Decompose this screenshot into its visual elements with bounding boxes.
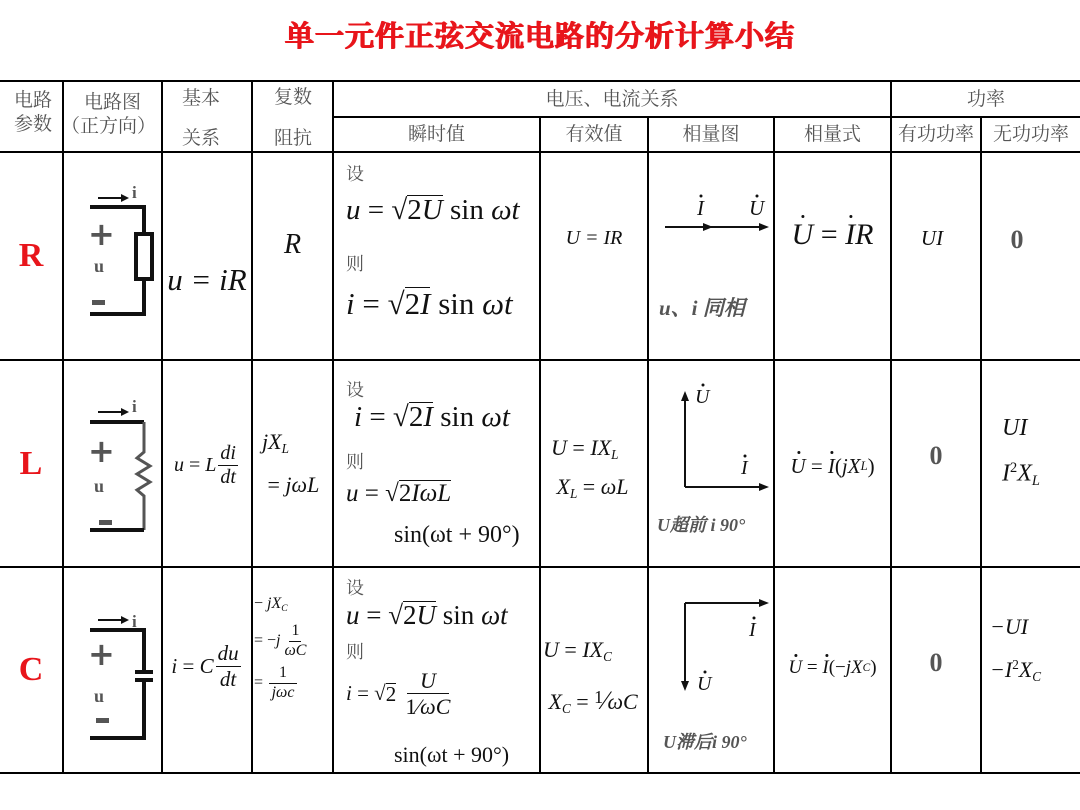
voltage-label: u [94,256,104,276]
c-sin-shift: sin(ωt + 90°) [394,742,509,768]
header-basic: 基本 关系 [163,82,239,152]
svg-text:U: U [697,673,713,695]
header-phasor-formula: 相量式 [775,118,890,151]
l-phasor-note: U超前 i 90° [657,511,745,537]
svg-text:I: I [740,457,749,479]
c-reactive-power-ui: −UI [990,608,1041,646]
header-diagram-line1: 电路图 [84,90,141,114]
l-reactive-power-ui: UI [1002,408,1040,448]
current-label: i [132,183,137,202]
r-basic-relation: u = iR [163,255,251,305]
l-impedance: jXL = jωL [262,424,319,503]
col-divider [332,80,334,774]
phasor-arrows-icon: I U [649,183,773,263]
then-label: 则 [346,638,364,664]
l-sin-shift: sin(ωt + 90°) [394,522,520,549]
let-label: 设 [346,574,364,600]
c-phasor-note: U滞后i 90° [663,728,747,754]
header-vi-group: 电压、电流关系 [334,82,890,116]
inductor-icon: i + u [85,392,165,537]
r-active-power: UI [892,220,972,256]
col-divider [62,80,64,774]
l-instant-given: i = √2I sin ωt [354,401,510,434]
l-rms: U = IXL XL = ωL [551,432,629,510]
row-label-r: R [0,153,62,359]
r-instant-result: i = √2I sin ωt [346,286,513,322]
c-instant-values: 设 u = √2U sin ωt 则 i = √2 U 1⁄ωC sin(ωt … [344,574,539,772]
header-param-line1: 电路 [14,88,52,112]
svg-text:+: + [88,635,115,673]
capacitor-circuit-diagram: i + u [85,605,165,750]
svg-text:+: + [88,432,115,470]
row-label-c: C [0,568,62,772]
col-divider [539,116,541,774]
r-reactive-power: 0 [982,220,1052,260]
header-diagram-line2: （正方向） [61,114,156,138]
r-rms: U = IR [541,220,647,256]
c-phasor-diagram: I U U滞后i 90° [649,568,773,772]
header-basic-line2: 关系 [182,126,220,150]
c-phasor-formula: U = I(− jXC) [775,650,890,686]
header-phasor-diagram: 相量图 [649,118,773,151]
col-divider [251,80,253,774]
let-label: 设 [346,160,364,186]
l-active-power: 0 [892,436,980,476]
l-instant-result: u = √2IωL [346,480,451,508]
r-phasor-diagram: I U u、i 同相 [649,153,773,359]
svg-text:U: U [695,386,711,408]
resistor-icon: i + u [85,178,165,323]
header-instant: 瞬时值 [334,118,539,151]
c-instant-result: i = √2 U 1⁄ωC [346,668,454,720]
c-basic-relation: i = Cdudt [163,636,251,696]
r-phasor-note: u、i 同相 [659,292,745,322]
header-diagram: 电路图 （正方向） [63,82,162,152]
then-label: 则 [346,448,364,474]
header-param-line2: 参数 [14,112,52,136]
svg-text:U: U [749,196,766,220]
header-rms: 有效值 [541,118,647,151]
plus-sign: + [88,215,115,253]
then-label: 则 [346,250,364,276]
capacitor-icon: i + u [85,605,165,750]
c-reactive-power-i2xc: −I2XC [990,646,1041,696]
r-instant-values: 设 u = √2U sin ωt 则 i = √2I sin ωt [344,158,539,358]
header-basic-line1: 基本 [182,86,220,110]
svg-text:u: u [94,476,104,496]
l-instant-values: 设 i = √2I sin ωt 则 u = √2IωL sin(ωt + 90… [344,374,539,564]
header-param: 电路 参数 [4,82,62,152]
l-phasor-formula: U = I(jXL) [775,448,890,484]
phasor-lagging-icon: I U [649,588,773,718]
header-impedance: 复数 阻抗 [253,82,333,152]
row-label-l: L [0,361,62,566]
l-reactive-power-i2xl: I2XL [1002,448,1040,501]
r-impedance: R [253,220,332,270]
c-reactive-power: −UI −I2XC [990,608,1041,696]
l-basic-relation: u = Ldidt [163,435,251,495]
inductor-circuit-diagram: i + u [85,392,165,537]
summary-table: 电路 参数 电路图 （正方向） 基本 关系 复数 阻抗 电压、电流关系 功率 瞬… [0,0,1080,810]
c-active-power: 0 [892,643,980,683]
r-instant-given: u = √2U sin ωt [346,194,520,227]
let-label: 设 [346,376,364,402]
svg-text:i: i [132,397,137,416]
svg-text:u: u [94,686,104,706]
c-instant-given: u = √2U sin ωt [346,600,508,631]
phasor-leading-icon: U I [649,379,773,519]
l-phasor-diagram: U I U超前 i 90° [649,361,773,566]
c-rms: U = IXC XC = 1⁄ωC [543,630,638,729]
c-impedance: − jXC = − j1ωC = 1 jωc [254,596,310,704]
col-divider [980,116,982,774]
header-active-power: 有功功率 [892,118,980,151]
minus-sign [92,300,105,305]
header-impedance-line1: 复数 [274,85,312,109]
header-power-group: 功率 [892,82,1080,116]
l-reactive-power: UI I2XL [1002,408,1040,501]
r-phasor-formula: U = IR [775,215,890,255]
header-impedance-line2: 阻抗 [274,126,312,150]
header-reactive-power: 无功功率 [982,118,1080,151]
svg-text:I: I [696,196,705,220]
svg-text:I: I [748,619,757,641]
resistor-circuit-diagram: i + u [85,178,165,323]
